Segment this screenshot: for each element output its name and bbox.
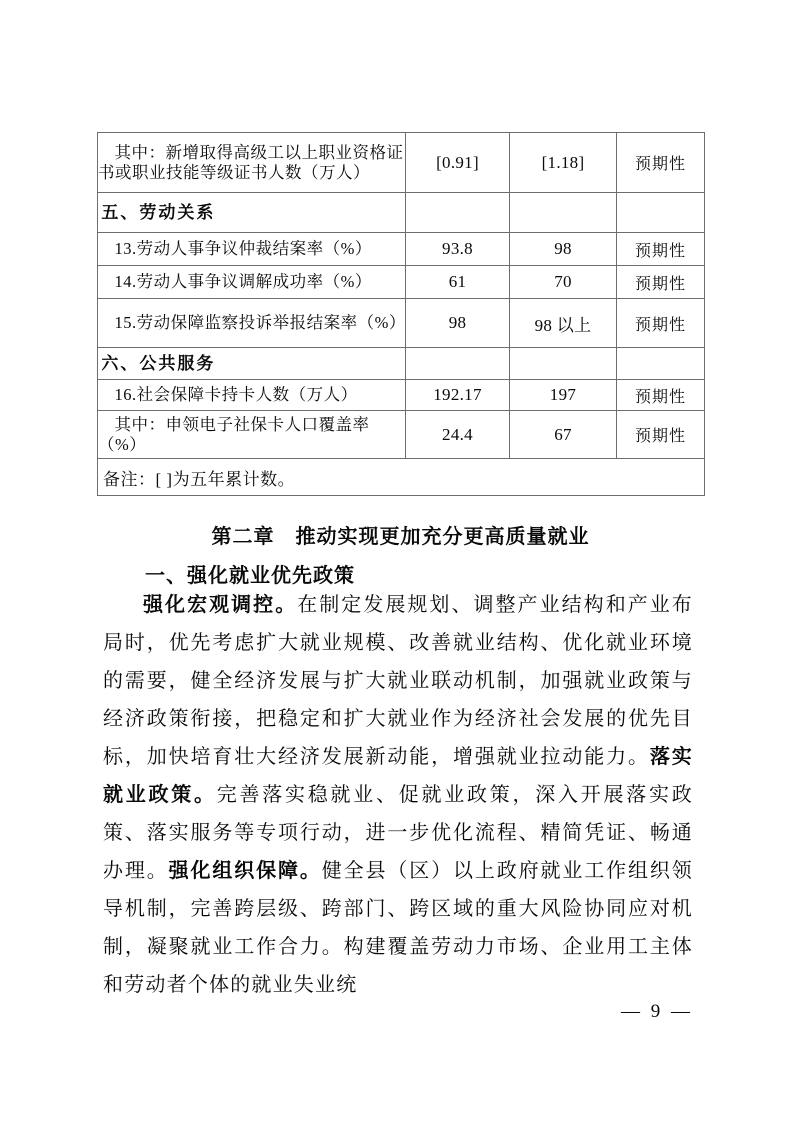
indicator-target: [1.18] (510, 133, 617, 193)
indicator-attribute: 预期性 (617, 411, 705, 459)
indicator-label: 13.劳动人事争议仲裁结案率（%） (98, 233, 406, 266)
indicator-target: 67 (510, 411, 617, 459)
bold-lead-organizational-guarantee: 强化组织保障。 (169, 860, 322, 882)
table-row: 15.劳动保障监察投诉举报结案率（%） 98 98 以上 预期性 (98, 299, 705, 348)
table-note-row: 备注：[ ]为五年累计数。 (98, 459, 705, 496)
table-row: 16.社会保障卡持卡人数（万人） 192.17 197 预期性 (98, 380, 705, 411)
indicator-value: 192.17 (406, 380, 510, 411)
indicator-value: 61 (406, 266, 510, 299)
table-row: 其中：新增取得高级工以上职业资格证书或职业技能等级证书人数（万人） [0.91]… (98, 133, 705, 193)
table-row: 其中：申领电子社保卡人口覆盖率（%） 24.4 67 预期性 (98, 411, 705, 459)
indicator-label: 14.劳动人事争议调解成功率（%） (98, 266, 406, 299)
document-page: 其中：新增取得高级工以上职业资格证书或职业技能等级证书人数（万人） [0.91]… (0, 0, 793, 1122)
indicator-target: 98 以上 (510, 299, 617, 348)
indicator-value: 93.8 (406, 233, 510, 266)
empty-cell (617, 348, 705, 380)
indicator-attribute: 预期性 (617, 380, 705, 411)
table-section-row: 五、劳动关系 (98, 193, 705, 233)
section-label: 五、劳动关系 (98, 193, 406, 233)
indicator-label: 16.社会保障卡持卡人数（万人） (98, 380, 406, 411)
table-note: 备注：[ ]为五年累计数。 (98, 459, 705, 496)
indicator-attribute: 预期性 (617, 299, 705, 348)
indicator-value: [0.91] (406, 133, 510, 193)
indicator-attribute: 预期性 (617, 233, 705, 266)
indicator-label: 其中：新增取得高级工以上职业资格证书或职业技能等级证书人数（万人） (98, 133, 406, 193)
table-row: 14.劳动人事争议调解成功率（%） 61 70 预期性 (98, 266, 705, 299)
body-paragraph: 强化宏观调控。在制定发展规划、调整产业结构和产业布局时，优先考虑扩大就业规模、改… (103, 586, 693, 1004)
indicator-label: 15.劳动保障监察投诉举报结案率（%） (98, 299, 406, 348)
indicator-label: 其中：申领电子社保卡人口覆盖率（%） (98, 411, 406, 459)
indicator-target: 197 (510, 380, 617, 411)
paragraph-segment: 在制定发展规划、调整产业结构和产业布局时，优先考虑扩大就业规模、改善就业结构、优… (103, 594, 693, 768)
indicator-target: 70 (510, 266, 617, 299)
indicators-table: 其中：新增取得高级工以上职业资格证书或职业技能等级证书人数（万人） [0.91]… (97, 132, 705, 496)
indicator-value: 24.4 (406, 411, 510, 459)
empty-cell (406, 193, 510, 233)
indicator-attribute: 预期性 (617, 133, 705, 193)
empty-cell (617, 193, 705, 233)
empty-cell (510, 348, 617, 380)
indicator-target: 98 (510, 233, 617, 266)
indicator-attribute: 预期性 (617, 266, 705, 299)
empty-cell (510, 193, 617, 233)
section-heading: 一、强化就业优先政策 (145, 559, 355, 588)
indicator-value: 98 (406, 299, 510, 348)
section-label: 六、公共服务 (98, 348, 406, 380)
bold-lead-macro-control: 强化宏观调控。 (143, 594, 297, 616)
table-row: 13.劳动人事争议仲裁结案率（%） 93.8 98 预期性 (98, 233, 705, 266)
chapter-heading: 第二章 推动实现更加充分更高质量就业 (97, 520, 704, 549)
table-section-row: 六、公共服务 (98, 348, 705, 380)
page-number: — 9 — (621, 1001, 693, 1023)
empty-cell (406, 348, 510, 380)
